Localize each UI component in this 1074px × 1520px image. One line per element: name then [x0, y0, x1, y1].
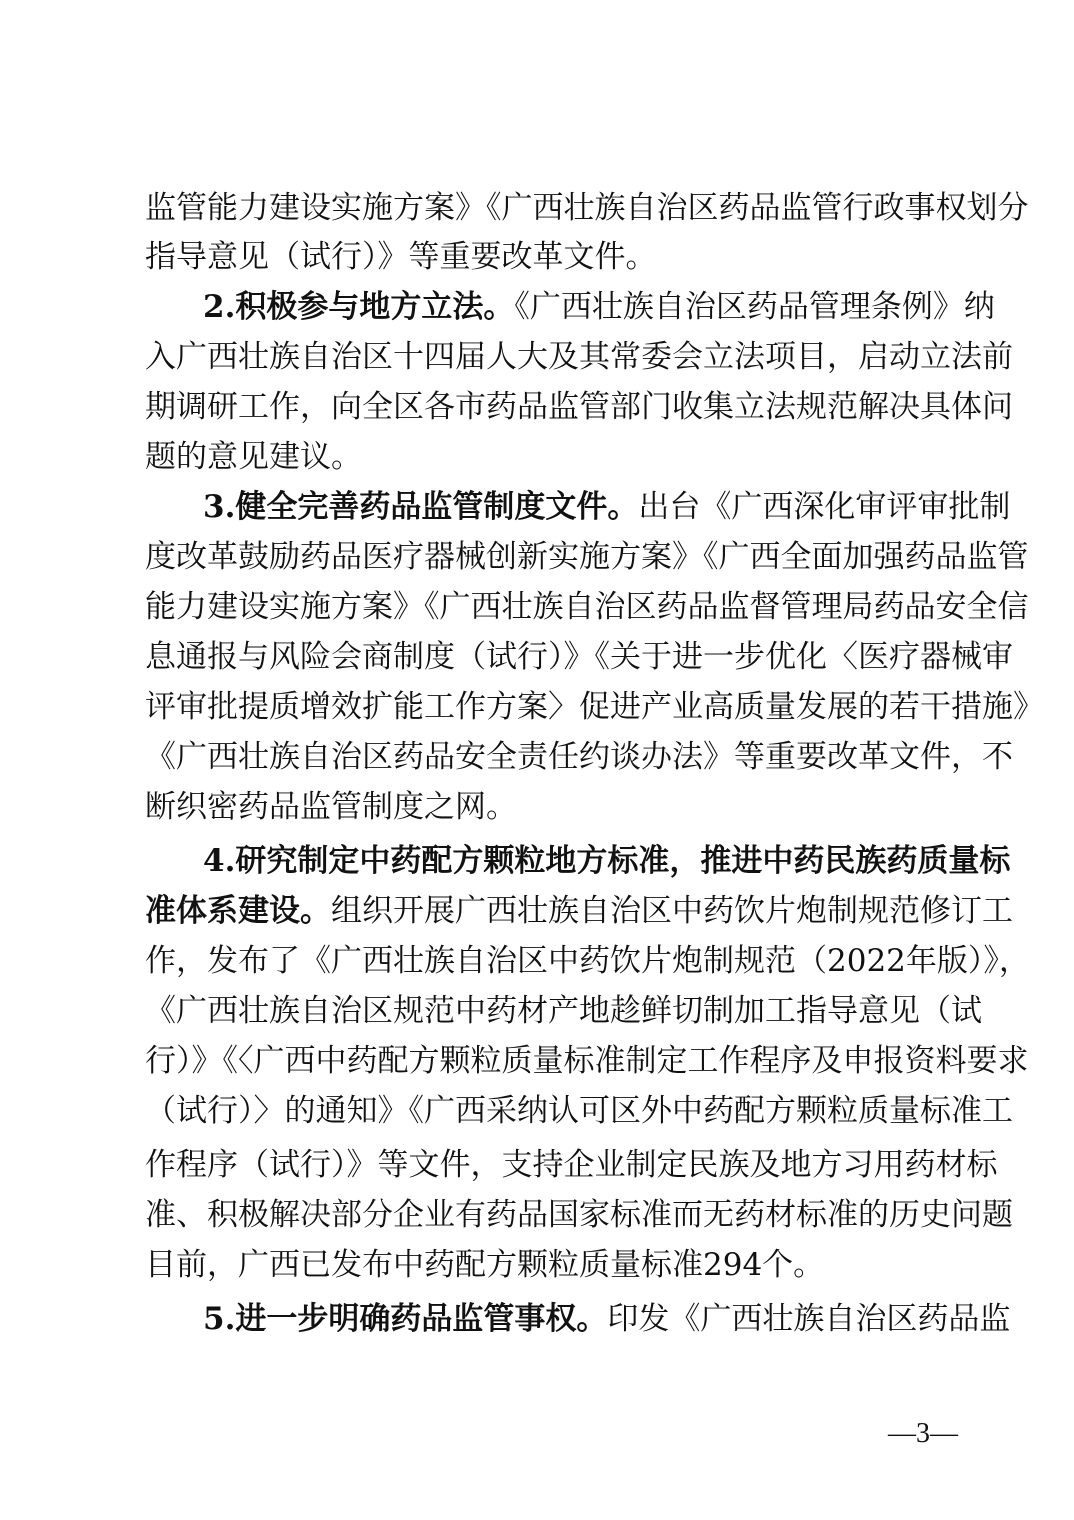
section-text: 印发《广西壮族自治区药品监 — [607, 1301, 1010, 1337]
section-heading-line: 4.研究制定中药配方颗粒地方标准，推进中药民族药质量标 — [203, 843, 942, 879]
text-line: 准、积极解决部分企业有药品国家标准而无药材标准的历史问题 — [145, 1197, 942, 1233]
section-heading: 3.健全完善药品监管制度文件。 — [203, 489, 638, 525]
text-line: 作，发布了《广西壮族自治区中药饮片炮制规范（2022年版）》， — [145, 943, 942, 979]
text-line: 息通报与风险会商制度（试行）》《关于进一步优化〈医疗器械审 — [145, 639, 942, 675]
text-line: 目前，广西已发布中药配方颗粒质量标准294个。 — [145, 1247, 942, 1283]
text-line: 题的意见建议。 — [145, 439, 942, 475]
section-heading-line: 5.进一步明确药品监管事权。印发《广西壮族自治区药品监 — [203, 1301, 942, 1337]
text-line: 《广西壮族自治区规范中药材产地趁鲜切制加工指导意见（试 — [145, 993, 942, 1029]
document-page: 监管能力建设实施方案》《广西壮族自治区药品监管行政事权划分 指导意见（试行）》等… — [0, 0, 1074, 1520]
text-line: 指导意见（试行）》等重要改革文件。 — [145, 239, 942, 275]
text-line: 断织密药品监管制度之网。 — [145, 789, 942, 825]
text-line: 能力建设实施方案》《广西壮族自治区药品监督管理局药品安全信 — [145, 589, 942, 625]
section-heading: 4.研究制定中药配方颗粒地方标准，推进中药民族药质量标 — [203, 843, 1010, 879]
text-line: 监管能力建设实施方案》《广西壮族自治区药品监管行政事权划分 — [145, 190, 942, 226]
text-line: 行）》《〈广西中药配方颗粒质量标准制定工作程序及申报资料要求 — [145, 1043, 942, 1079]
section-heading: 2.积极参与地方立法。 — [203, 289, 514, 325]
section-heading-line: 2.积极参与地方立法。《广西壮族自治区药品管理条例》纳 — [203, 289, 942, 325]
text-line: 《广西壮族自治区药品安全责任约谈办法》等重要改革文件，不 — [145, 739, 942, 775]
section-text: 组织开展广西壮族自治区中药饮片炮制规范修订工 — [331, 893, 1013, 929]
text-line: 度改革鼓励药品医疗器械创新实施方案》《广西全面加强药品监管 — [145, 539, 942, 575]
text-line: 作程序（试行）》等文件，支持企业制定民族及地方习用药材标 — [145, 1147, 942, 1183]
text-line: 入广西壮族自治区十四届人大及其常委会立法项目，启动立法前 — [145, 339, 942, 375]
section-text: 《广西壮族自治区药品管理条例》纳 — [514, 289, 995, 325]
section-heading: 准体系建设。 — [145, 893, 331, 929]
section-heading-line: 准体系建设。组织开展广西壮族自治区中药饮片炮制规范修订工 — [145, 893, 942, 929]
section-heading-line: 3.健全完善药品监管制度文件。出台《广西深化审评审批制 — [203, 489, 942, 525]
text-line: 期调研工作，向全区各市药品监管部门收集立法规范解决具体问 — [145, 389, 942, 425]
section-text: 出台《广西深化审评审批制 — [638, 489, 1010, 525]
page-number: —3— — [888, 1418, 958, 1450]
text-line: 评审批提质增效扩能工作方案〉促进产业高质量发展的若干措施》 — [145, 689, 942, 725]
section-heading: 5.进一步明确药品监管事权。 — [203, 1301, 607, 1337]
text-line: （试行）〉的通知》《广西采纳认可区外中药配方颗粒质量标准工 — [145, 1093, 942, 1129]
